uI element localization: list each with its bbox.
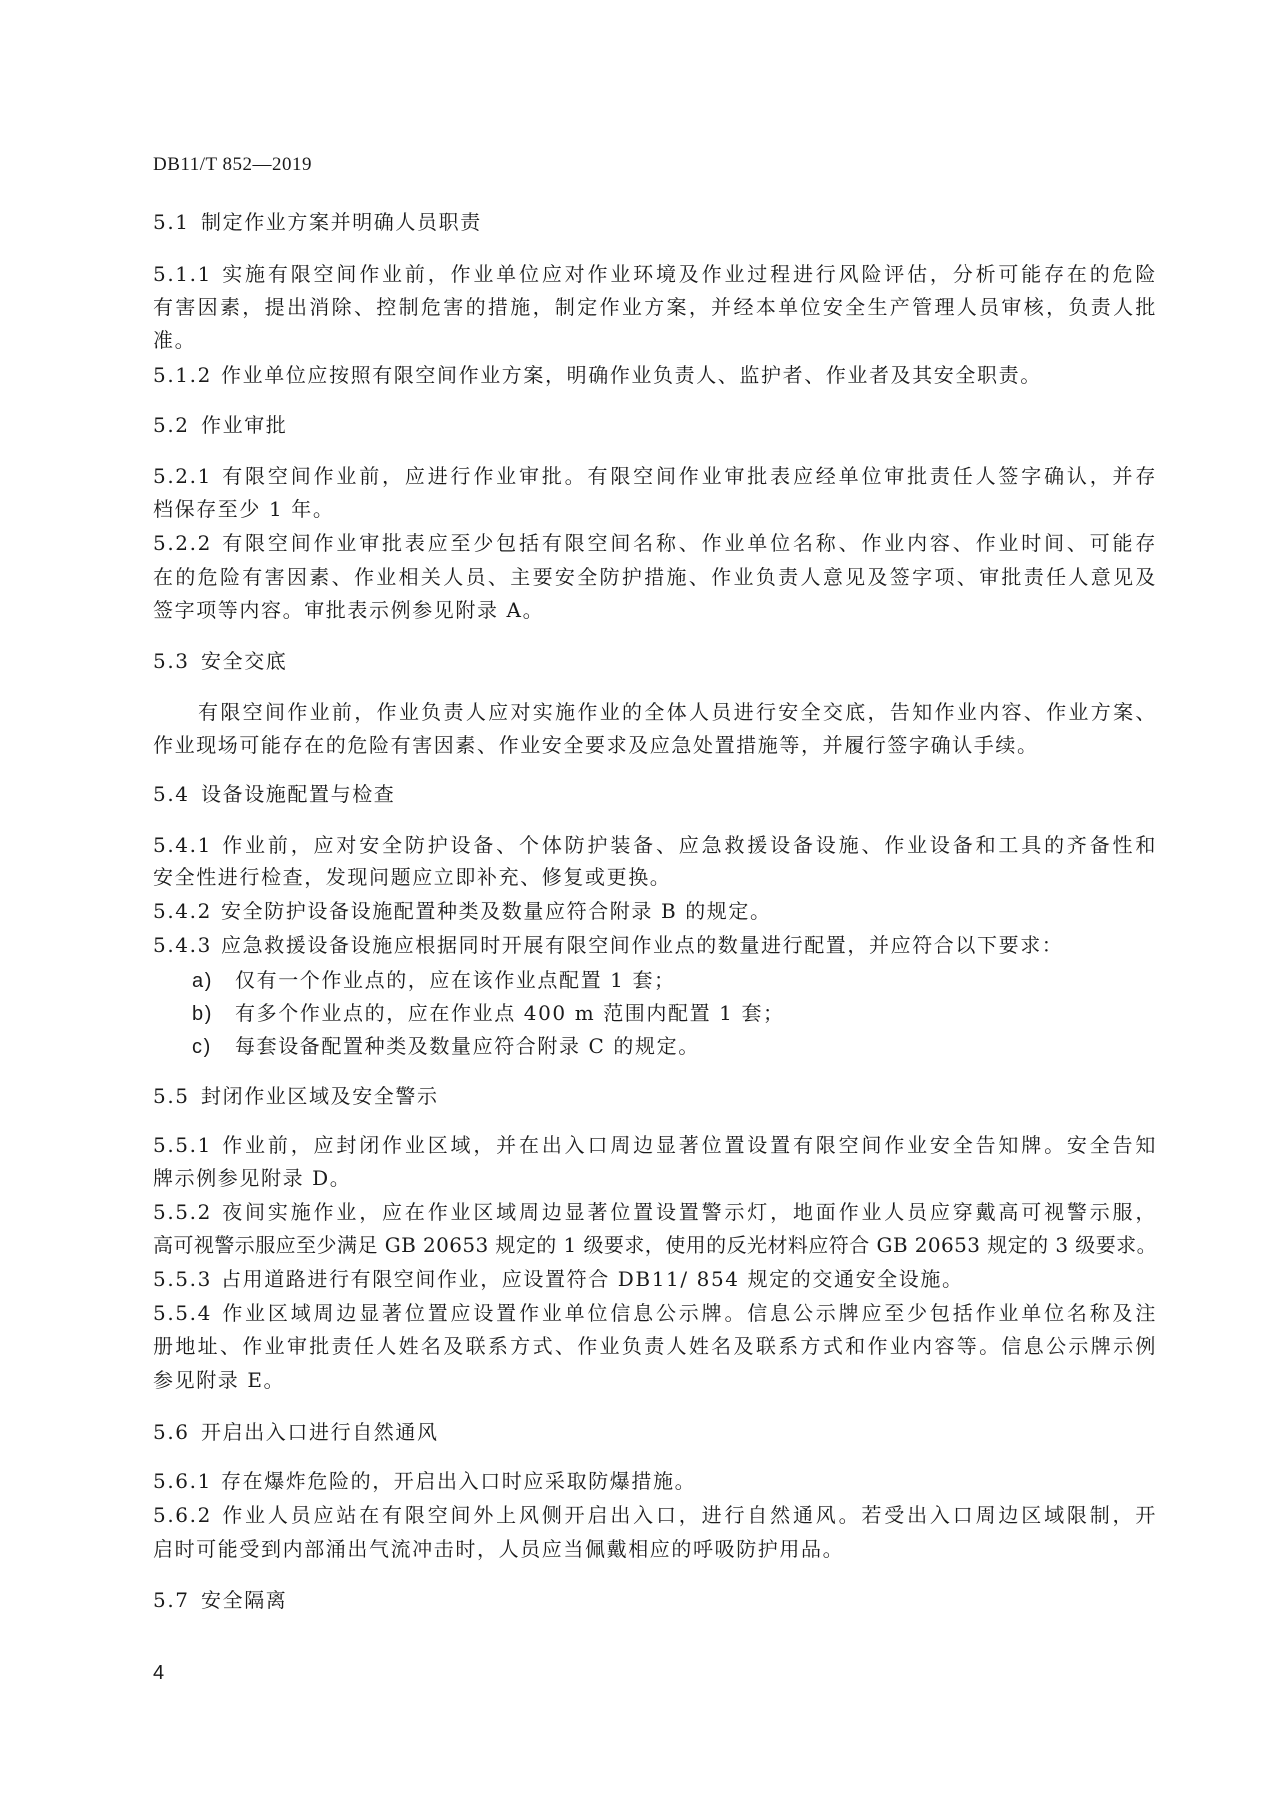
clause-number: 5.6.1 bbox=[153, 1467, 221, 1495]
clause-number: 5.1.2 bbox=[153, 361, 221, 389]
section-heading-5-1: 5.1制定作业方案并明确人员职责 bbox=[153, 208, 1157, 236]
clause-text: 有限空间作业前，应进行作业审批。有限空间作业审批表应经单位审批责任人签字确认，并… bbox=[221, 464, 1157, 488]
clause-5-1-1-line2: 有害因素，提出消除、控制危害的措施，制定作业方案，并经本单位安全生产管理人员审核… bbox=[153, 293, 1157, 321]
heading-title: 安全隔离 bbox=[201, 1588, 287, 1612]
heading-number: 5.6 bbox=[153, 1418, 201, 1446]
clause-number: 5.5.3 bbox=[153, 1265, 221, 1293]
page-number: 4 bbox=[153, 1662, 164, 1685]
clause-number: 5.4.3 bbox=[153, 931, 221, 959]
clause-5-6-2-line2: 启时可能受到内部涌出气流冲击时，人员应当佩戴相应的呼吸防护用品。 bbox=[153, 1535, 1157, 1563]
clause-number: 5.4.2 bbox=[153, 897, 221, 925]
clause-text: 应急救援设备设施应根据同时开展有限空间作业点的数量进行配置，并应符合以下要求： bbox=[221, 933, 1063, 957]
clause-5-5-1-line2: 牌示例参见附录 D。 bbox=[153, 1164, 1157, 1192]
clause-5-4-3: 5.4.3应急救援设备设施应根据同时开展有限空间作业点的数量进行配置，并应符合以… bbox=[153, 931, 1157, 959]
paragraph-5-3-line2: 作业现场可能存在的危险有害因素、作业安全要求及应急处置措施等，并履行签字确认手续… bbox=[153, 731, 1157, 759]
clause-5-4-2: 5.4.2安全防护设备设施配置种类及数量应符合附录 B 的规定。 bbox=[153, 897, 1157, 925]
list-label: b) bbox=[192, 1000, 235, 1028]
section-heading-5-6: 5.6开启出入口进行自然通风 bbox=[153, 1418, 1157, 1446]
clause-5-2-2-line2: 在的危险有害因素、作业相关人员、主要安全防护措施、作业负责人意见及签字项、审批责… bbox=[153, 563, 1157, 591]
clause-5-4-1: 5.4.1作业前，应对安全防护设备、个体防护装备、应急救援设备设施、作业设备和工… bbox=[153, 831, 1157, 859]
list-text: 有多个作业点的，应在作业点 400 m 范围内配置 1 套； bbox=[235, 1001, 785, 1025]
heading-number: 5.7 bbox=[153, 1586, 201, 1614]
heading-title: 开启出入口进行自然通风 bbox=[201, 1420, 439, 1444]
heading-number: 5.2 bbox=[153, 411, 201, 439]
heading-number: 5.5 bbox=[153, 1082, 201, 1110]
clause-number: 5.5.4 bbox=[153, 1299, 221, 1327]
list-text: 每套设备配置种类及数量应符合附录 C 的规定。 bbox=[235, 1034, 700, 1058]
heading-title: 封闭作业区域及安全警示 bbox=[201, 1084, 439, 1108]
clause-number: 5.2.1 bbox=[153, 462, 221, 490]
clause-text: 作业前，应封闭作业区域，并在出入口周边显著位置设置有限空间作业安全告知牌。安全告… bbox=[221, 1133, 1157, 1157]
clause-number: 5.5.1 bbox=[153, 1131, 221, 1159]
clause-5-5-4-line2: 册地址、作业审批责任人姓名及联系方式、作业负责人姓名及联系方式和作业内容等。信息… bbox=[153, 1332, 1157, 1360]
clause-number: 5.1.1 bbox=[153, 260, 221, 288]
clause-text: 夜间实施作业，应在作业区域周边显著位置设置警示灯，地面作业人员应穿戴高可视警示服… bbox=[221, 1200, 1157, 1224]
list-label: c) bbox=[192, 1033, 235, 1061]
heading-title: 安全交底 bbox=[201, 649, 287, 673]
clause-text: 作业前，应对安全防护设备、个体防护装备、应急救援设备设施、作业设备和工具的齐备性… bbox=[221, 833, 1157, 857]
clause-number: 5.4.1 bbox=[153, 831, 221, 859]
clause-text: 占用道路进行有限空间作业，应设置符合 DB11/ 854 规定的交通安全设施。 bbox=[221, 1267, 964, 1291]
heading-number: 5.4 bbox=[153, 780, 201, 808]
paragraph-5-3-line1: 有限空间作业前，作业负责人应对实施作业的全体人员进行安全交底，告知作业内容、作业… bbox=[198, 698, 1157, 726]
clause-5-5-1: 5.5.1作业前，应封闭作业区域，并在出入口周边显著位置设置有限空间作业安全告知… bbox=[153, 1131, 1157, 1159]
clause-text: 安全防护设备设施配置种类及数量应符合附录 B 的规定。 bbox=[221, 899, 772, 923]
clause-text: 实施有限空间作业前，作业单位应对作业环境及作业过程进行风险评估，分析可能存在的危… bbox=[221, 262, 1157, 286]
clause-text: 作业人员应站在有限空间外上风侧开启出入口，进行自然通风。若受出入口周边区域限制，… bbox=[221, 1503, 1157, 1527]
clause-5-5-4-line3: 参见附录 E。 bbox=[153, 1366, 1157, 1394]
clause-text: 作业单位应按照有限空间作业方案，明确作业负责人、监护者、作业者及其安全职责。 bbox=[221, 363, 1042, 387]
clause-5-2-2: 5.2.2有限空间作业审批表应至少包括有限空间名称、作业单位名称、作业内容、作业… bbox=[153, 529, 1157, 557]
clause-number: 5.5.2 bbox=[153, 1198, 221, 1226]
section-heading-5-7: 5.7安全隔离 bbox=[153, 1586, 1157, 1614]
clause-5-6-2: 5.6.2作业人员应站在有限空间外上风侧开启出入口，进行自然通风。若受出入口周边… bbox=[153, 1501, 1157, 1529]
clause-5-5-3: 5.5.3占用道路进行有限空间作业，应设置符合 DB11/ 854 规定的交通安… bbox=[153, 1265, 1157, 1293]
heading-title: 设备设施配置与检查 bbox=[201, 782, 395, 806]
clause-5-5-2-line2: 高可视警示服应至少满足 GB 20653 规定的 1 级要求，使用的反光材料应符… bbox=[153, 1231, 1157, 1259]
section-heading-5-4: 5.4设备设施配置与检查 bbox=[153, 780, 1157, 808]
list-item-a: a)仅有一个作业点的，应在该作业点配置 1 套； bbox=[192, 966, 1157, 994]
document-page: DB11/T 852—2019 5.1制定作业方案并明确人员职责 5.1.1实施… bbox=[0, 0, 1280, 1811]
clause-number: 5.2.2 bbox=[153, 529, 221, 557]
list-item-b: b)有多个作业点的，应在作业点 400 m 范围内配置 1 套； bbox=[192, 999, 1157, 1027]
section-heading-5-3: 5.3安全交底 bbox=[153, 647, 1157, 675]
heading-number: 5.1 bbox=[153, 208, 201, 236]
clause-5-5-2: 5.5.2夜间实施作业，应在作业区域周边显著位置设置警示灯，地面作业人员应穿戴高… bbox=[153, 1198, 1157, 1226]
list-item-c: c)每套设备配置种类及数量应符合附录 C 的规定。 bbox=[192, 1032, 1157, 1060]
clause-5-2-1: 5.2.1有限空间作业前，应进行作业审批。有限空间作业审批表应经单位审批责任人签… bbox=[153, 462, 1157, 490]
clause-5-4-1-line2: 安全性进行检查，发现问题应立即补充、修复或更换。 bbox=[153, 863, 1157, 891]
clause-5-1-1-line3: 准。 bbox=[153, 326, 1157, 354]
clause-5-2-1-line2: 档保存至少 1 年。 bbox=[153, 495, 1157, 523]
clause-text: 存在爆炸危险的，开启出入口时应采取防爆措施。 bbox=[221, 1469, 696, 1493]
heading-number: 5.3 bbox=[153, 647, 201, 675]
section-heading-5-2: 5.2作业审批 bbox=[153, 411, 1157, 439]
section-heading-5-5: 5.5封闭作业区域及安全警示 bbox=[153, 1082, 1157, 1110]
clause-text: 有限空间作业审批表应至少包括有限空间名称、作业单位名称、作业内容、作业时间、可能… bbox=[221, 531, 1157, 555]
clause-5-1-1: 5.1.1实施有限空间作业前，作业单位应对作业环境及作业过程进行风险评估，分析可… bbox=[153, 260, 1157, 288]
clause-text: 作业区域周边显著位置应设置作业单位信息公示牌。信息公示牌应至少包括作业单位名称及… bbox=[221, 1301, 1157, 1325]
standard-code-header: DB11/T 852—2019 bbox=[153, 154, 312, 176]
clause-number: 5.6.2 bbox=[153, 1501, 221, 1529]
list-label: a) bbox=[192, 967, 235, 995]
clause-5-1-2: 5.1.2作业单位应按照有限空间作业方案，明确作业负责人、监护者、作业者及其安全… bbox=[153, 361, 1157, 389]
heading-title: 作业审批 bbox=[201, 413, 287, 437]
list-text: 仅有一个作业点的，应在该作业点配置 1 套； bbox=[235, 968, 676, 992]
clause-5-2-2-line3: 签字项等内容。审批表示例参见附录 A。 bbox=[153, 596, 1157, 624]
clause-5-6-1: 5.6.1存在爆炸危险的，开启出入口时应采取防爆措施。 bbox=[153, 1467, 1157, 1495]
clause-5-5-4: 5.5.4作业区域周边显著位置应设置作业单位信息公示牌。信息公示牌应至少包括作业… bbox=[153, 1299, 1157, 1327]
heading-title: 制定作业方案并明确人员职责 bbox=[201, 210, 482, 234]
